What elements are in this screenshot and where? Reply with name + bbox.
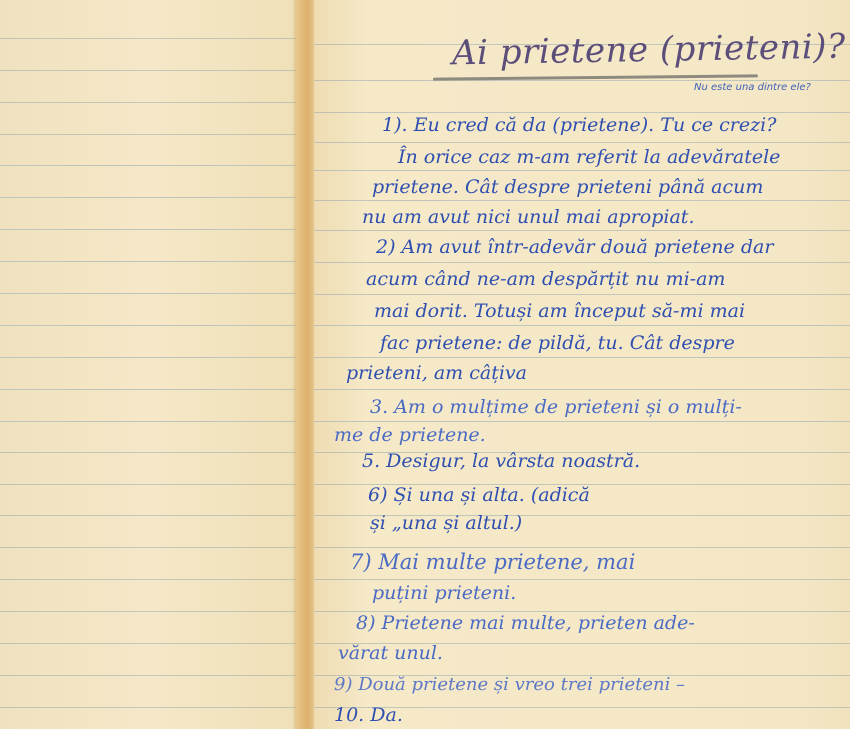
handwritten-line: 3. Am o mulțime de prieteni și o mulți- bbox=[370, 396, 742, 418]
handwritten-line: nu am avut nici unul mai apropiat. bbox=[362, 206, 694, 228]
handwritten-line: 9) Două prietene și vreo trei prieteni – bbox=[334, 674, 685, 695]
handwritten-line: 2) Am avut într-adevăr două prietene dar bbox=[376, 236, 773, 258]
handwritten-line: prieteni, am câțiva bbox=[346, 362, 527, 384]
handwritten-line: me de prietene. bbox=[334, 424, 486, 446]
handwritten-line: 10. Da. bbox=[334, 704, 403, 726]
handwritten-line: și „una și altul.) bbox=[370, 512, 522, 534]
handwritten-line: mai dorit. Totuși am început să-mi mai bbox=[374, 300, 745, 322]
handwritten-line: fac prietene: de pildă, tu. Cât despre bbox=[380, 332, 735, 354]
handwritten-line: vărat unul. bbox=[338, 642, 443, 664]
handwritten-line: În orice caz m-am referit la adevăratele bbox=[398, 146, 780, 168]
handwritten-line: 8) Prietene mai multe, prieten ade- bbox=[356, 612, 695, 634]
left-notebook-page bbox=[0, 0, 300, 729]
handwritten-line: puțini prieteni. bbox=[372, 582, 516, 604]
side-note: Nu este una dintre ele? bbox=[694, 82, 811, 93]
left-page-ruled-lines bbox=[0, 0, 300, 729]
handwritten-line: acum când ne-am despărțit nu mi-am bbox=[366, 268, 725, 290]
handwritten-line: 7) Mai multe prietene, mai bbox=[350, 550, 635, 574]
handwritten-line: 1). Eu cred că da (prietene). Tu ce crez… bbox=[382, 114, 776, 136]
page-title-handwritten: Ai prietene (prieteni)? bbox=[452, 27, 846, 74]
handwritten-line: prietene. Cât despre prieteni până acum bbox=[372, 176, 763, 198]
handwritten-line: 6) Și una și alta. (adică bbox=[368, 484, 590, 506]
handwritten-line: 5. Desigur, la vârsta noastră. bbox=[362, 450, 640, 472]
notebook-spine-stain bbox=[296, 0, 316, 729]
